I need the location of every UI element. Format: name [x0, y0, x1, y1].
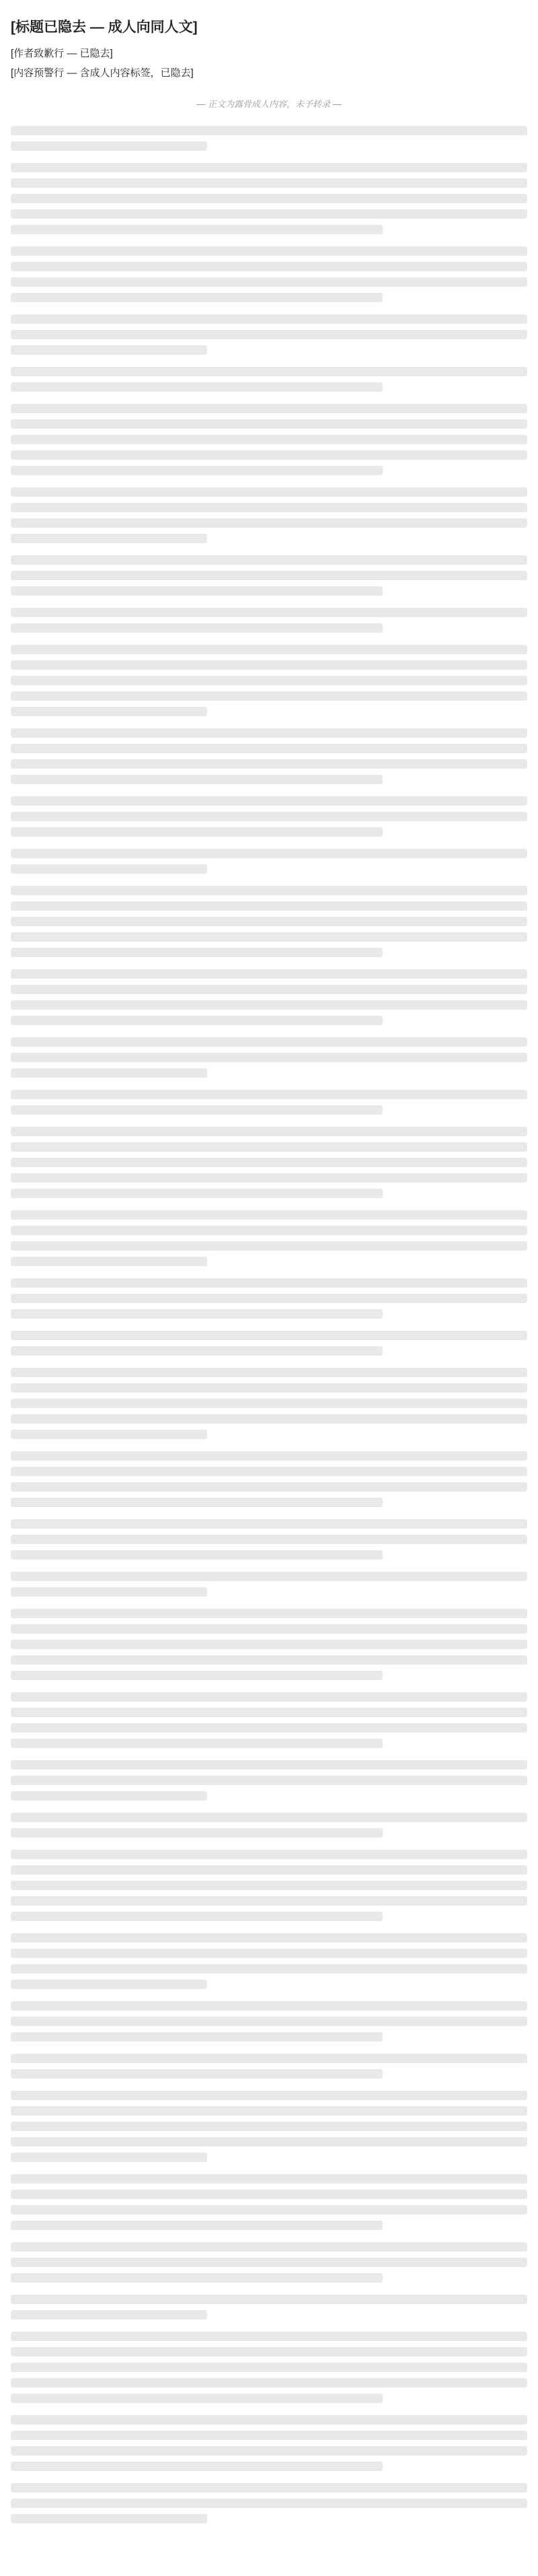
redacted-paragraph	[11, 1813, 527, 1838]
redacted-paragraph	[11, 849, 527, 874]
redacted-paragraph	[11, 2295, 527, 2320]
redacted-paragraph	[11, 1037, 527, 1078]
redacted-paragraph	[11, 487, 527, 543]
redacted-paragraph	[11, 1692, 527, 1748]
redaction-notice: — 正文为露骨成人内容，未予转录 —	[11, 97, 527, 110]
redacted-paragraph	[11, 555, 527, 596]
redacted-paragraph	[11, 314, 527, 355]
redacted-paragraph	[11, 2054, 527, 2079]
redacted-paragraph	[11, 1451, 527, 1507]
redacted-paragraph	[11, 2001, 527, 2042]
redacted-paragraph	[11, 2415, 527, 2471]
redacted-paragraph	[11, 2174, 527, 2230]
page-title: [标题已隐去 — 成人向同人文]	[11, 16, 527, 36]
redacted-body	[11, 126, 527, 2523]
author-note: [作者致歉行 — 已隐去]	[11, 46, 527, 60]
redacted-paragraph	[11, 404, 527, 475]
redacted-paragraph	[11, 163, 527, 234]
redacted-paragraph	[11, 969, 527, 1025]
redacted-paragraph	[11, 246, 527, 302]
redacted-paragraph	[11, 1331, 527, 1356]
redacted-paragraph	[11, 796, 527, 837]
redacted-paragraph	[11, 1572, 527, 1597]
redacted-paragraph	[11, 126, 527, 151]
redacted-paragraph	[11, 1609, 527, 1680]
redacted-paragraph	[11, 2483, 527, 2523]
redacted-paragraph	[11, 2091, 527, 2162]
redacted-paragraph	[11, 886, 527, 957]
redacted-paragraph	[11, 1210, 527, 1266]
redacted-paragraph	[11, 608, 527, 633]
redacted-paragraph	[11, 1850, 527, 1921]
redacted-paragraph	[11, 1933, 527, 1989]
content-warning: [内容预警行 — 含成人内容标签，已隐去]	[11, 65, 527, 79]
redacted-paragraph	[11, 645, 527, 716]
redacted-paragraph	[11, 1278, 527, 1319]
redacted-paragraph	[11, 1368, 527, 1439]
redacted-paragraph	[11, 728, 527, 784]
redacted-paragraph	[11, 1760, 527, 1801]
redacted-paragraph	[11, 367, 527, 392]
redacted-paragraph	[11, 2242, 527, 2283]
document-page: [标题已隐去 — 成人向同人文] [作者致歉行 — 已隐去] [内容预警行 — …	[0, 0, 538, 2576]
redacted-paragraph	[11, 1519, 527, 1560]
redacted-paragraph	[11, 1127, 527, 1198]
redacted-paragraph	[11, 1090, 527, 1115]
redacted-paragraph	[11, 2332, 527, 2403]
